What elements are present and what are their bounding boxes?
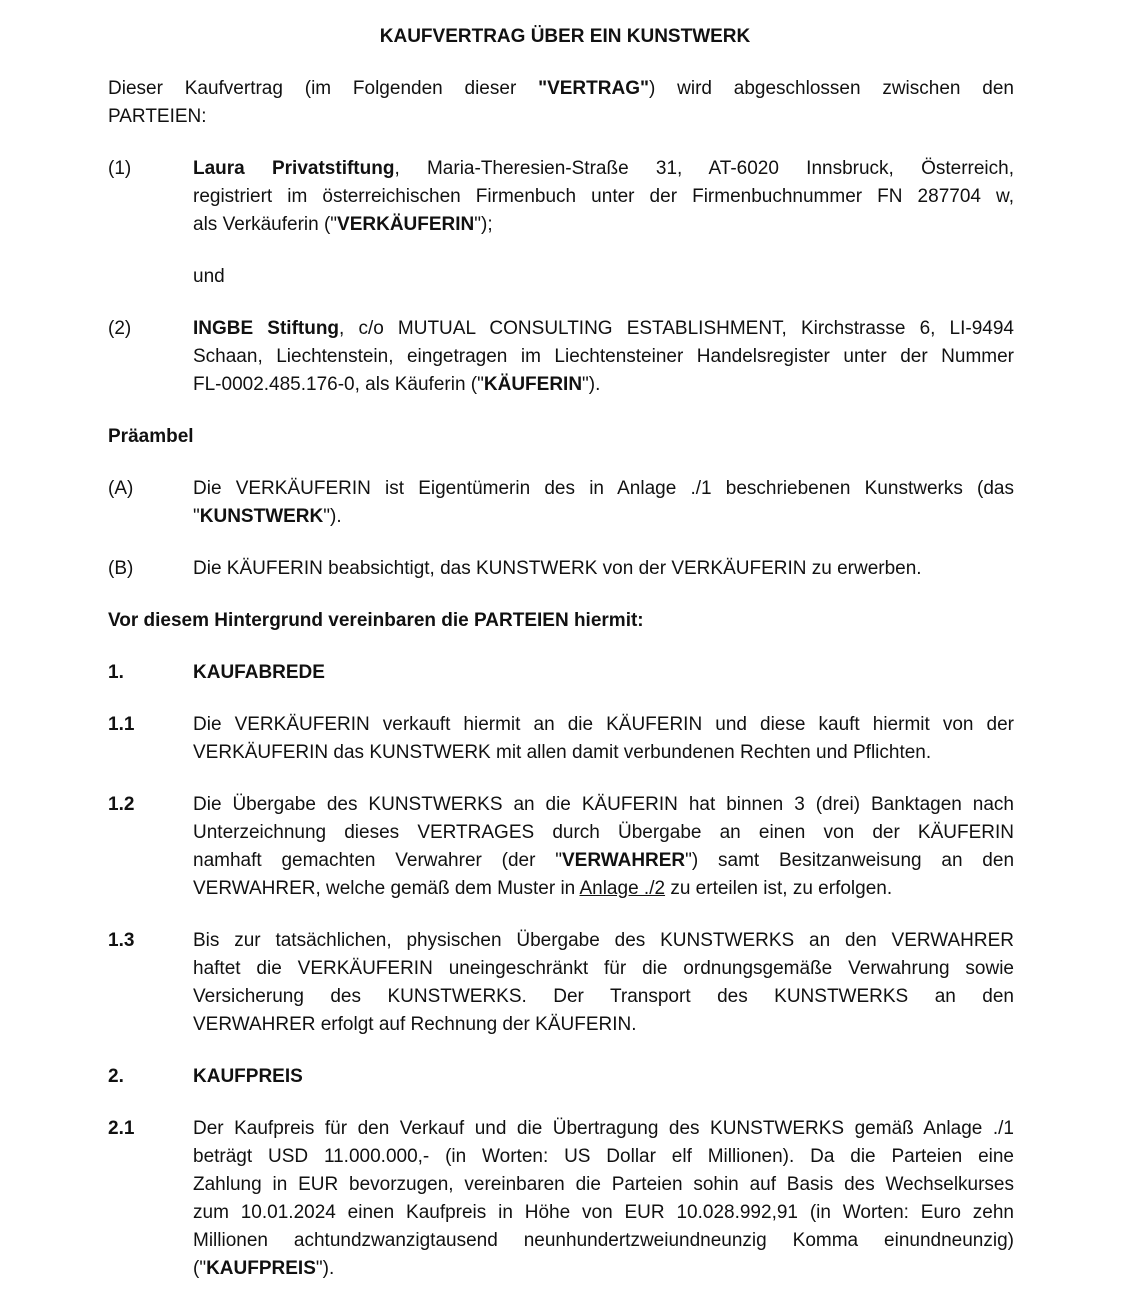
annex-2-link[interactable]: Anlage ./2	[579, 878, 665, 899]
party-text: Laura Privatstiftung, Maria-Theresien-St…	[193, 155, 1014, 239]
intro-line-1: Dieser Kaufvertrag (im Folgenden dieser …	[108, 75, 1014, 103]
party-number: (2)	[108, 315, 188, 343]
party-name: Laura Privatstiftung	[193, 158, 394, 179]
party-text: INGBE Stiftung, c/o MUTUAL CONSULTING ES…	[193, 315, 1014, 399]
intro-line-2: PARTEIEN:	[108, 103, 1014, 131]
party-name: INGBE Stiftung	[193, 318, 339, 339]
agreement-lead: Vor diesem Hintergrund vereinbaren die P…	[108, 607, 1014, 635]
preamble-heading: Präambel	[108, 423, 1014, 451]
document-title: KAUFVERTRAG ÜBER EIN KUNSTWERK	[0, 23, 1130, 51]
party-number: (1)	[108, 155, 188, 183]
intro-paragraph: Dieser Kaufvertrag (im Folgenden dieser …	[108, 75, 1014, 131]
